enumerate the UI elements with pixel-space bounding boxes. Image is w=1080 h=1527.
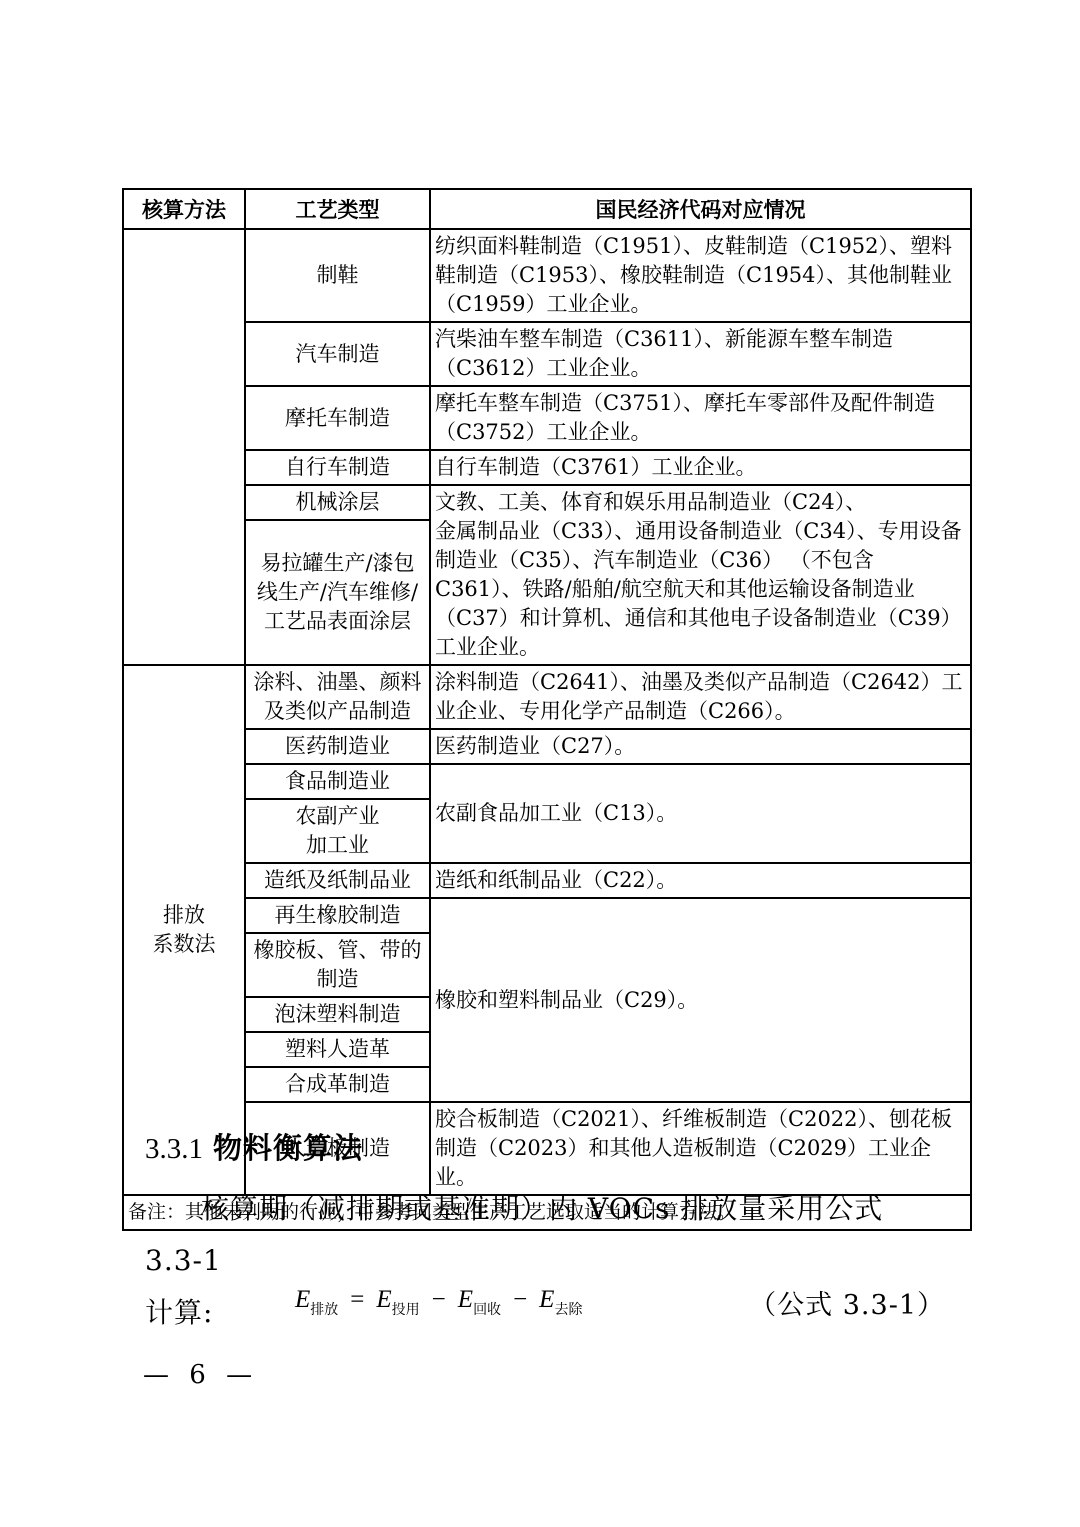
formula-label: （公式 3.3-1）	[749, 1283, 945, 1322]
table-row-recycled-rubber: 再生橡胶制造 橡胶和塑料制品业（C29）。	[123, 898, 971, 933]
page-number: — 6 —	[143, 1360, 258, 1390]
document-page: 核算方法 工艺类型 国民经济代码对应情况 制鞋 纺织面料鞋制造（C1951）、皮…	[0, 0, 1080, 1527]
codes-cell-shoes: 纺织面料鞋制造（C1951）、皮鞋制造（C1952）、塑料鞋制造（C1953）、…	[430, 229, 971, 322]
codes-cell-paper: 造纸和纸制品业（C22）。	[430, 863, 971, 898]
section-heading: 3.3.1物料衡算法	[145, 1130, 363, 1167]
formula-equation: E排放=E投用−E回收−E去除	[295, 1286, 582, 1319]
process-cell-machine-coating: 机械涂层	[245, 485, 430, 520]
process-cell-plastic-leather: 塑料人造革	[245, 1032, 430, 1067]
codes-cell-coating-merged: 文教、工美、体育和娱乐用品制造业（C24）、 金属制品业（C33）、通用设备制造…	[430, 485, 971, 665]
table-row-motorcycle: 摩托车制造 摩托车整车制造（C3751）、摩托车零部件及配件制造（C3752）工…	[123, 386, 971, 450]
formula-row: E排放=E投用−E回收−E去除 （公式 3.3-1）	[145, 1283, 945, 1322]
formula-term-input: E	[376, 1286, 391, 1313]
table-row-food: 食品制造业 农副食品加工业（C13）。	[123, 764, 971, 799]
table-header-row: 核算方法 工艺类型 国民经济代码对应情况	[123, 189, 971, 229]
process-cell-food: 食品制造业	[245, 764, 430, 799]
method-cell-emission-factor: 排放 系数法	[123, 665, 245, 1195]
formula-subscript-emission: 排放	[310, 1303, 338, 1318]
table-row-auto: 汽车制造 汽柴油车整车制造（C3611）、新能源车整车制造（C3612）工业企业…	[123, 322, 971, 386]
formula-term-recovered: E	[458, 1286, 473, 1313]
process-cell-pharma: 医药制造业	[245, 729, 430, 764]
minus-sign-2: −	[513, 1286, 527, 1314]
accounting-methods-table: 核算方法 工艺类型 国民经济代码对应情况 制鞋 纺织面料鞋制造（C1951）、皮…	[122, 188, 972, 1231]
process-cell-rubber-products: 橡胶板、管、带的 制造	[245, 933, 430, 997]
process-cell-paper: 造纸及纸制品业	[245, 863, 430, 898]
table-row-machine-coating: 机械涂层 文教、工美、体育和娱乐用品制造业（C24）、 金属制品业（C33）、通…	[123, 485, 971, 520]
formula-subscript-input: 投用	[392, 1303, 420, 1318]
formula-term-removed: E	[539, 1286, 554, 1313]
table-row-bicycle: 自行车制造 自行车制造（C3761）工业企业。	[123, 450, 971, 485]
process-cell-foam-plastic: 泡沫塑料制造	[245, 997, 430, 1032]
codes-cell-motorcycle: 摩托车整车制造（C3751）、摩托车零部件及配件制造（C3752）工业企业。	[430, 386, 971, 450]
process-cell-auto: 汽车制造	[245, 322, 430, 386]
minus-sign-1: −	[432, 1286, 446, 1314]
process-cell-paint-ink: 涂料、油墨、颜料 及类似产品制造	[245, 665, 430, 729]
formula-term-emission: E	[295, 1286, 310, 1313]
equals-sign: =	[350, 1286, 364, 1314]
process-cell-bicycle: 自行车制造	[245, 450, 430, 485]
table-row-pharma: 医药制造业 医药制造业（C27）。	[123, 729, 971, 764]
codes-cell-bicycle: 自行车制造（C3761）工业企业。	[430, 450, 971, 485]
codes-cell-food-agri-merged: 农副食品加工业（C13）。	[430, 764, 971, 863]
section-title: 物料衡算法	[213, 1131, 363, 1165]
column-header-method: 核算方法	[123, 189, 245, 229]
section-number: 3.3.1	[145, 1133, 203, 1165]
codes-cell-paint-ink: 涂料制造（C2641）、油墨及类似产品制造（C2642）工业企业、专用化学产品制…	[430, 665, 971, 729]
codes-cell-auto: 汽柴油车整车制造（C3611）、新能源车整车制造（C3612）工业企业。	[430, 322, 971, 386]
process-cell-synthetic-leather: 合成革制造	[245, 1067, 430, 1102]
method-cell-empty	[123, 229, 245, 665]
table-row-paper: 造纸及纸制品业 造纸和纸制品业（C22）。	[123, 863, 971, 898]
process-cell-motorcycle: 摩托车制造	[245, 386, 430, 450]
process-cell-cans: 易拉罐生产/漆包 线生产/汽车维修/ 工艺品表面涂层	[245, 520, 430, 665]
formula-subscript-recovered: 回收	[473, 1303, 501, 1318]
table-row-paint-ink: 排放 系数法 涂料、油墨、颜料 及类似产品制造 涂料制造（C2641）、油墨及类…	[123, 665, 971, 729]
codes-cell-wood-panel: 胶合板制造（C2021）、纤维板制造（C2022）、刨花板制造（C2023）和其…	[430, 1102, 971, 1195]
process-cell-agri: 农副产业 加工业	[245, 799, 430, 863]
process-cell-shoes: 制鞋	[245, 229, 430, 322]
process-cell-recycled-rubber: 再生橡胶制造	[245, 898, 430, 933]
table-row-shoes: 制鞋 纺织面料鞋制造（C1951）、皮鞋制造（C1952）、塑料鞋制造（C195…	[123, 229, 971, 322]
codes-cell-rubber-merged: 橡胶和塑料制品业（C29）。	[430, 898, 971, 1102]
codes-cell-pharma: 医药制造业（C27）。	[430, 729, 971, 764]
column-header-codes: 国民经济代码对应情况	[430, 189, 971, 229]
formula-subscript-removed: 去除	[554, 1303, 582, 1318]
column-header-process: 工艺类型	[245, 189, 430, 229]
